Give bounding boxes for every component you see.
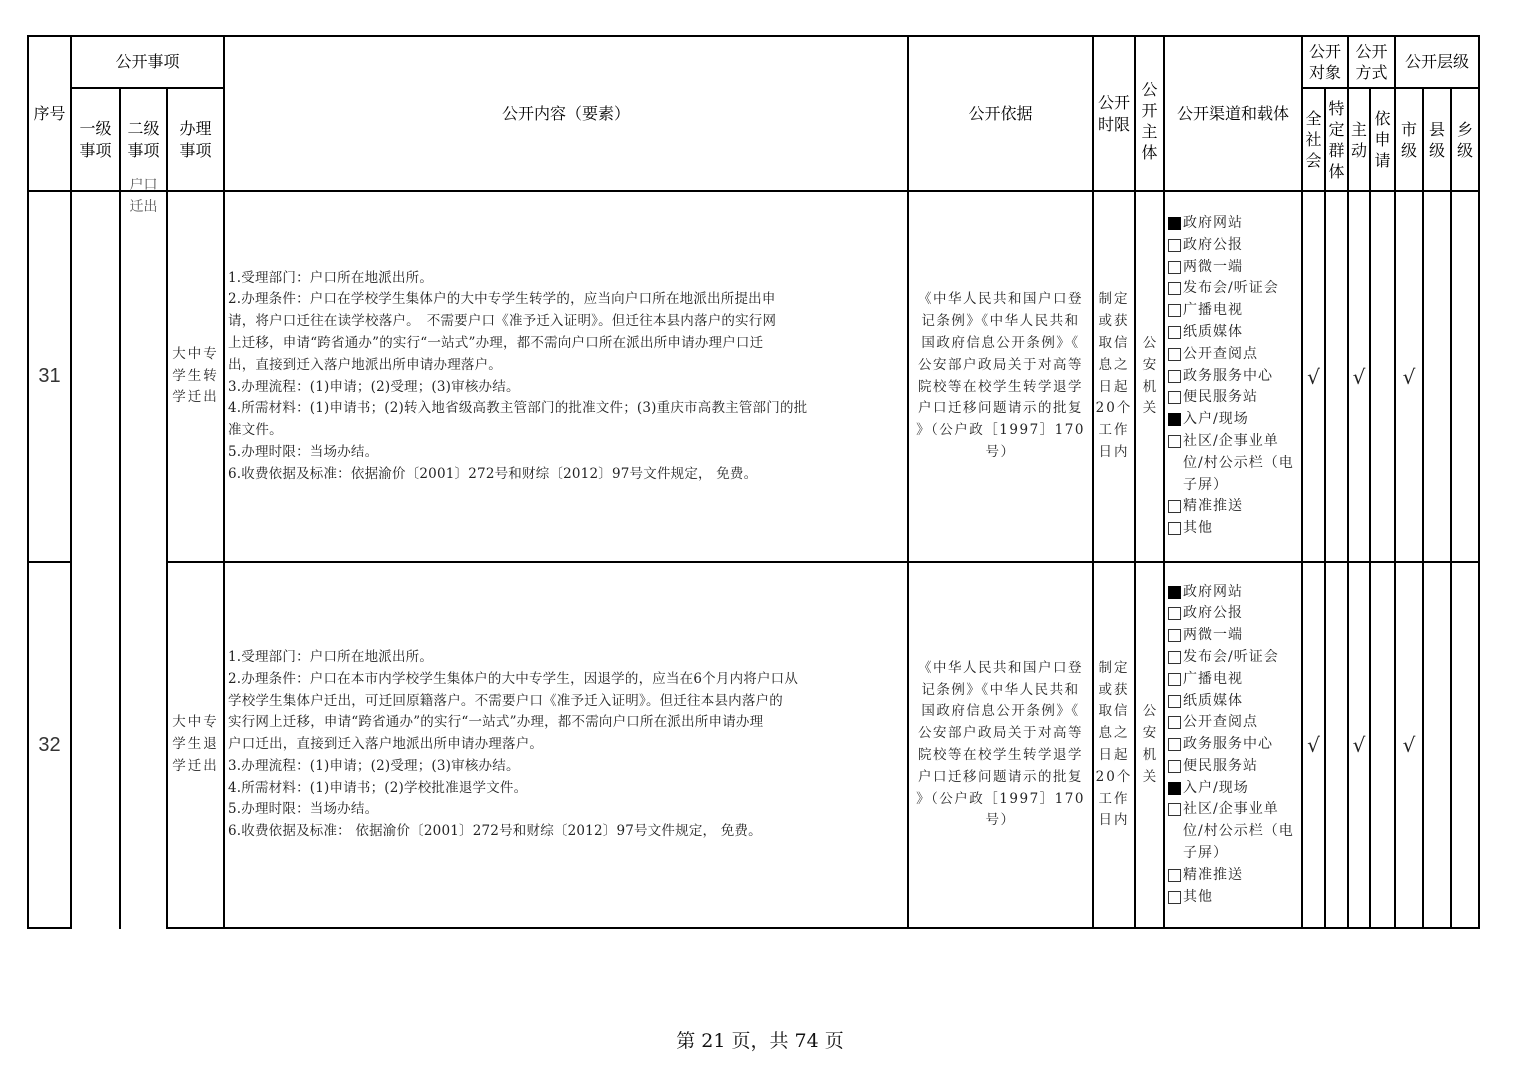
header-method-active: 主 动: [1348, 88, 1370, 191]
unchecked-box-icon: [1168, 261, 1181, 274]
channel-label: 政府网站: [1183, 213, 1243, 235]
col-line: [1394, 35, 1396, 929]
header-bottom-border: [28, 190, 1480, 192]
unchecked-box-icon: [1168, 673, 1181, 686]
unchecked-box-icon: [1168, 282, 1181, 295]
col-line: [1422, 87, 1424, 929]
channel-label: 其他: [1183, 518, 1213, 540]
header-method: 公开 方式: [1348, 36, 1395, 88]
channel-label: 精准推送: [1183, 496, 1243, 518]
row-audience-specific: [1325, 562, 1348, 928]
row-basis: 《中华人民共和国户口登 记条例》《中华人民共和 国政府信息公开条例》《 公安部户…: [908, 562, 1093, 928]
row-method-active: √: [1348, 562, 1370, 928]
table-bottom-main: [167, 927, 1480, 929]
header-content: 公开内容（要素）: [224, 36, 908, 191]
unchecked-box-icon: [1168, 629, 1181, 642]
unchecked-box-icon: [1168, 869, 1181, 882]
row-audience-all: √: [1302, 191, 1325, 562]
row-method-active: √: [1348, 191, 1370, 562]
row-handling-item: 大中专 学生转 学迁出: [167, 191, 224, 562]
checked-box-icon: [1168, 782, 1181, 795]
col-line: [1301, 35, 1303, 929]
col-line: [166, 87, 168, 929]
header-level-city: 市 级: [1395, 88, 1423, 191]
row-divider-seq: [28, 561, 71, 563]
col-line: [1450, 87, 1452, 929]
channel-item: 便民服务站: [1168, 387, 1294, 409]
channel-item: 公开查阅点: [1168, 344, 1294, 366]
channel-label: 政务服务中心: [1183, 734, 1273, 756]
channel-item: 发布会/听证会: [1168, 647, 1294, 669]
col-line: [1092, 35, 1094, 929]
channel-item: 入户/现场: [1168, 409, 1294, 431]
page-number: 第 21 页，共 74 页: [0, 1026, 1520, 1053]
col-line: [1324, 87, 1326, 929]
channel-item: 政务服务中心: [1168, 366, 1294, 388]
col-line: [1369, 87, 1371, 929]
channel-item: 政府公报: [1168, 235, 1294, 257]
header-audience: 公开 对象: [1302, 36, 1348, 88]
channel-item: 政府网站: [1168, 582, 1294, 604]
row-seq: 32: [28, 562, 71, 928]
header-method-request: 依 申 请: [1370, 88, 1395, 191]
col-line: [1134, 35, 1136, 929]
header-subject: 公 开 主 体: [1135, 36, 1164, 191]
row-time-limit: 制定 或获 取信 息之 日起 20个 工作 日内: [1093, 191, 1135, 562]
row-channels: 政府网站政府公报两微一端发布会/听证会广播电视纸质媒体公开查阅点政务服务中心便民…: [1164, 562, 1302, 928]
row-level-town: [1451, 562, 1479, 928]
channel-label: 公开查阅点: [1183, 712, 1258, 734]
header-level: 公开层级: [1395, 36, 1479, 88]
channel-label: 精准推送: [1183, 865, 1243, 887]
header-audience-specific: 特 定 群 体: [1325, 88, 1348, 191]
col-line: [1478, 35, 1480, 929]
channel-item: 社区/企事业单 位/村公示栏（电 子屏）: [1168, 799, 1294, 864]
table-border-top: [28, 35, 1480, 37]
header-audience-all: 全 社 会: [1302, 88, 1325, 191]
channel-item: 广播电视: [1168, 669, 1294, 691]
row-time-limit: 制定 或获 取信 息之 日起 20个 工作 日内: [1093, 562, 1135, 928]
row-level-city: √: [1395, 562, 1423, 928]
unchecked-box-icon: [1168, 803, 1181, 816]
channel-item: 入户/现场: [1168, 778, 1294, 800]
channel-label: 两微一端: [1183, 625, 1243, 647]
channel-item: 政务服务中心: [1168, 734, 1294, 756]
row-basis: 《中华人民共和国户口登 记条例》《中华人民共和 国政府信息公开条例》《 公安部户…: [908, 191, 1093, 562]
channel-item: 其他: [1168, 887, 1294, 909]
unchecked-box-icon: [1168, 370, 1181, 383]
channel-label: 发布会/听证会: [1183, 647, 1279, 669]
channel-item: 纸质媒体: [1168, 322, 1294, 344]
level2-carryover-label: 户口 迁出: [130, 178, 158, 218]
channel-label: 入户/现场: [1183, 409, 1249, 431]
unchecked-box-icon: [1168, 391, 1181, 404]
col-line: [223, 35, 225, 929]
header-level2: 二级 事项: [120, 88, 167, 191]
channel-label: 公开查阅点: [1183, 344, 1258, 366]
channel-label: 社区/企事业单 位/村公示栏（电 子屏）: [1183, 799, 1294, 864]
header-level-county: 县 级: [1423, 88, 1451, 191]
channel-item: 精准推送: [1168, 865, 1294, 887]
row-level-town: [1451, 191, 1479, 562]
unchecked-box-icon: [1168, 891, 1181, 904]
channel-label: 政府公报: [1183, 603, 1243, 625]
channel-item: 政府公报: [1168, 603, 1294, 625]
unchecked-box-icon: [1168, 522, 1181, 535]
unchecked-box-icon: [1168, 500, 1181, 513]
header-handling: 办理 事项: [167, 88, 224, 191]
channel-item: 公开查阅点: [1168, 712, 1294, 734]
unchecked-box-icon: [1168, 760, 1181, 773]
channel-label: 两微一端: [1183, 257, 1243, 279]
col-line: [119, 87, 121, 929]
header-level-town: 乡 级: [1451, 88, 1479, 191]
row-method-request: [1370, 562, 1395, 928]
col-line: [1347, 35, 1349, 929]
channel-label: 政府公报: [1183, 235, 1243, 257]
unchecked-box-icon: [1168, 738, 1181, 751]
col-line: [1163, 35, 1165, 929]
channel-item: 便民服务站: [1168, 756, 1294, 778]
channel-item: 其他: [1168, 518, 1294, 540]
header-time-limit: 公开 时限: [1093, 36, 1135, 191]
row-content: 1.受理部门：户口所在地派出所。 2.办理条件：户口在学校学生集体户的大中专学生…: [224, 191, 908, 562]
header-seq: 序号: [28, 36, 71, 191]
channel-label: 其他: [1183, 887, 1213, 909]
channel-label: 便民服务站: [1183, 756, 1258, 778]
channel-item: 社区/企事业单 位/村公示栏（电 子屏）: [1168, 431, 1294, 496]
header-divider-public-items: [71, 87, 224, 89]
unchecked-box-icon: [1168, 348, 1181, 361]
row-content: 1.受理部门：户口所在地派出所。 2.办理条件：户口在本市内学校学生集体户的大中…: [224, 562, 908, 928]
row-level-county: [1423, 191, 1451, 562]
channel-label: 入户/现场: [1183, 778, 1249, 800]
col-line: [907, 35, 909, 929]
unchecked-box-icon: [1168, 435, 1181, 448]
row-method-request: [1370, 191, 1395, 562]
channel-item: 精准推送: [1168, 496, 1294, 518]
unchecked-box-icon: [1168, 651, 1181, 664]
channel-item: 两微一端: [1168, 257, 1294, 279]
table-bottom-seq: [28, 927, 71, 929]
channel-item: 纸质媒体: [1168, 691, 1294, 713]
row-audience-all: √: [1302, 562, 1325, 928]
checked-box-icon: [1168, 217, 1181, 230]
unchecked-box-icon: [1168, 326, 1181, 339]
col-line: [70, 35, 72, 929]
col-line: [27, 35, 29, 929]
channel-label: 发布会/听证会: [1183, 278, 1279, 300]
row-level-county: [1423, 562, 1451, 928]
unchecked-box-icon: [1168, 695, 1181, 708]
document-page: 序号 公开事项 一级 事项 二级 事项 办理 事项 公开内容（要素） 公开依据 …: [0, 0, 1520, 1074]
channel-label: 政府网站: [1183, 582, 1243, 604]
row-channels: 政府网站政府公报两微一端发布会/听证会广播电视纸质媒体公开查阅点政务服务中心便民…: [1164, 191, 1302, 562]
unchecked-box-icon: [1168, 716, 1181, 729]
unchecked-box-icon: [1168, 607, 1181, 620]
channel-list: 政府网站政府公报两微一端发布会/听证会广播电视纸质媒体公开查阅点政务服务中心便民…: [1168, 213, 1294, 540]
row-subject: 公 安 机 关: [1135, 191, 1164, 562]
level2-carryover-text: 户口 迁出: [120, 178, 167, 228]
header-level1: 一级 事项: [71, 88, 120, 191]
channel-item: 政府网站: [1168, 213, 1294, 235]
channel-item: 广播电视: [1168, 300, 1294, 322]
header-basis: 公开依据: [908, 36, 1093, 191]
row-divider-main: [167, 561, 1480, 563]
unchecked-box-icon: [1168, 304, 1181, 317]
row-handling-item: 大中专 学生退 学迁出: [167, 562, 224, 928]
channel-item: 两微一端: [1168, 625, 1294, 647]
channel-label: 便民服务站: [1183, 387, 1258, 409]
checked-box-icon: [1168, 586, 1181, 599]
channel-label: 纸质媒体: [1183, 322, 1243, 344]
row-seq: 31: [28, 191, 71, 562]
header-channels: 公开渠道和载体: [1164, 36, 1302, 191]
unchecked-box-icon: [1168, 239, 1181, 252]
row-audience-specific: [1325, 191, 1348, 562]
checked-box-icon: [1168, 413, 1181, 426]
row-level-city: √: [1395, 191, 1423, 562]
header-divider-right-groups: [1302, 87, 1480, 89]
channel-label: 社区/企事业单 位/村公示栏（电 子屏）: [1183, 431, 1294, 496]
channel-label: 广播电视: [1183, 300, 1243, 322]
channel-label: 纸质媒体: [1183, 691, 1243, 713]
header-public-items: 公开事项: [71, 36, 224, 88]
row-subject: 公 安 机 关: [1135, 562, 1164, 928]
channel-label: 广播电视: [1183, 669, 1243, 691]
channel-item: 发布会/听证会: [1168, 278, 1294, 300]
channel-label: 政务服务中心: [1183, 366, 1273, 388]
channel-list: 政府网站政府公报两微一端发布会/听证会广播电视纸质媒体公开查阅点政务服务中心便民…: [1168, 582, 1294, 909]
